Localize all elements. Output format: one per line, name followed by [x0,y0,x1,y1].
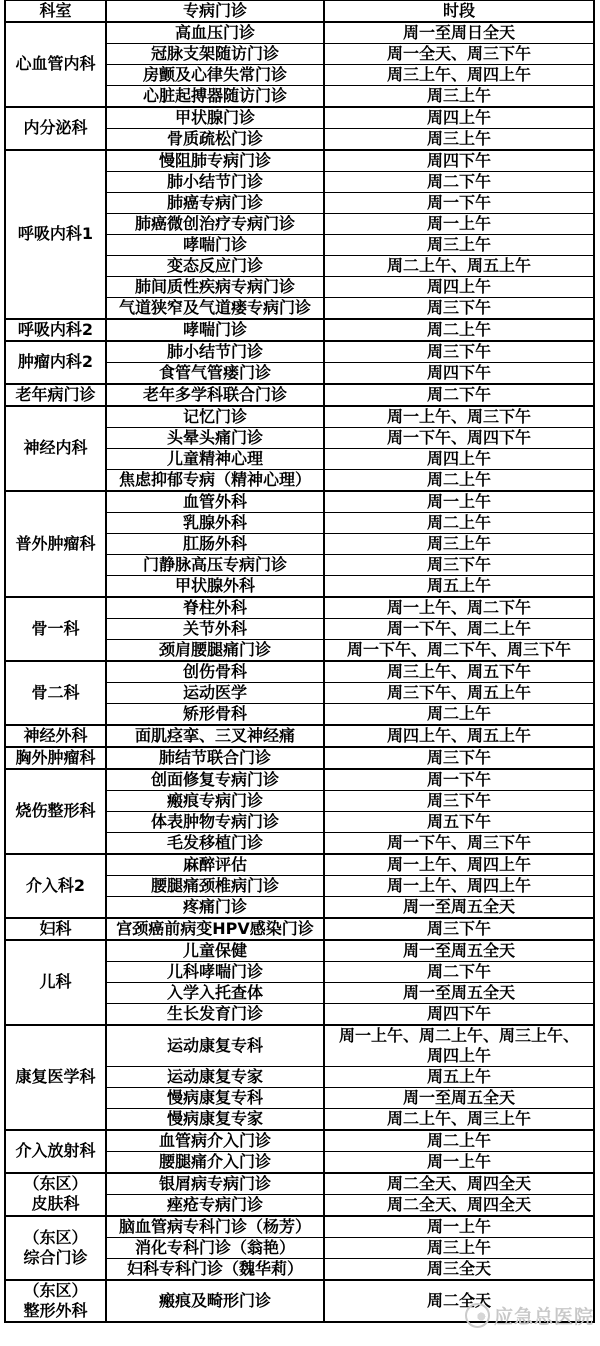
clinic-cell: 肺小结节门诊 [106,171,324,192]
table-row: 介入放射科血管病介入门诊周二上午 [5,1130,594,1152]
clinic-cell: 哮喘门诊 [106,319,324,341]
time-cell: 周一至周五全天 [324,896,594,918]
clinic-cell: 记忆门诊 [106,406,324,428]
header-clinic: 专病门诊 [106,0,324,22]
time-cell: 周一下午 [324,769,594,791]
time-cell: 周一下午、周二上午 [324,618,594,639]
clinic-cell: 宫颈癌前病变HPV感染门诊 [106,918,324,940]
clinic-cell: 消化专科门诊（翁艳） [106,1237,324,1258]
time-cell: 周三下午 [324,297,594,319]
clinic-cell: 矫形骨科 [106,703,324,725]
table-row: 烧伤整形科创面修复专病门诊周一下午 [5,769,594,791]
clinic-cell: 血管外科 [106,491,324,513]
clinic-cell: 关节外科 [106,618,324,639]
department-cell: （东区） 皮肤科 [5,1173,106,1216]
clinic-cell: 慢病康复专科 [106,1087,324,1108]
department-cell: 肿瘤内科2 [5,341,106,384]
time-cell: 周一至周五全天 [324,982,594,1003]
clinic-cell: 入学入托查体 [106,982,324,1003]
time-cell: 周四上午、周五上午 [324,725,594,747]
department-cell: 老年病门诊 [5,384,106,406]
time-cell: 周四上午 [324,107,594,129]
clinic-cell: 面肌痉挛、三叉神经痛 [106,725,324,747]
clinic-cell: 肺小结节门诊 [106,341,324,363]
table-row: 呼吸内科1慢阻肺专病门诊周四下午 [5,150,594,172]
department-cell: 介入科2 [5,854,106,918]
clinic-cell: 血管病介入门诊 [106,1130,324,1152]
time-cell: 周三下午 [324,747,594,769]
hospital-watermark: 应急总医院 [465,1302,594,1329]
department-cell: 普外肿瘤科 [5,491,106,597]
clinic-cell: 乳腺外科 [106,512,324,533]
header-row: 科室 专病门诊 时段 [5,0,594,22]
clinic-cell: 肺癌专病门诊 [106,192,324,213]
department-cell: 烧伤整形科 [5,769,106,854]
clinic-cell: 运动医学 [106,682,324,703]
department-cell: 骨二科 [5,661,106,725]
clinic-cell: 脊柱外科 [106,597,324,619]
time-cell: 周三下午、周五上午 [324,682,594,703]
clinic-cell: 创面修复专病门诊 [106,769,324,791]
table-row: 胸外肿瘤科肺结节联合门诊周三下午 [5,747,594,769]
time-cell: 周一上午、周三下午 [324,406,594,428]
time-cell: 周一上午、周二下午 [324,597,594,619]
table-row: 骨二科创伤骨科周三上午、周五下午 [5,661,594,683]
table-row: 介入科2麻醉评估周一上午、周四上午 [5,854,594,876]
time-cell: 周三下午 [324,341,594,363]
department-cell: 胸外肿瘤科 [5,747,106,769]
table-row: 老年病门诊老年多学科联合门诊周二下午 [5,384,594,406]
table-row: （东区） 综合门诊脑血管病专科门诊（杨芳）周一上午 [5,1216,594,1238]
clinic-schedule: 科室 专病门诊 时段 心血管内科高血压门诊周一至周日全天冠脉支架随访门诊周一全天… [4,0,595,1323]
time-cell: 周三下午 [324,554,594,575]
department-cell: 神经外科 [5,725,106,747]
time-cell: 周一下午、周四下午 [324,427,594,448]
clinic-cell: 儿童保健 [106,940,324,962]
time-cell: 周一下午、周三下午 [324,832,594,854]
time-cell: 周一上午、周四上午 [324,854,594,876]
clinic-cell: 哮喘门诊 [106,234,324,255]
time-cell: 周一上午 [324,1151,594,1173]
time-cell: 周一至周五全天 [324,940,594,962]
time-cell: 周二上午 [324,512,594,533]
clinic-cell: 毛发移植门诊 [106,832,324,854]
time-cell: 周五上午 [324,1066,594,1087]
hospital-watermark-label: 应急总医院 [494,1302,594,1329]
time-cell: 周一下午、周二下午、周三下午 [324,639,594,661]
clinic-cell: 食管气管瘘门诊 [106,362,324,384]
table-row: 康复医学科运动康复专科周一上午、周二上午、周三上午、 周四上午 [5,1025,594,1067]
time-cell: 周一至周日全天 [324,22,594,44]
clinic-cell: 儿科哮喘门诊 [106,961,324,982]
time-cell: 周三上午 [324,85,594,107]
table-row: 儿科儿童保健周一至周五全天 [5,940,594,962]
time-cell: 周二下午 [324,961,594,982]
department-cell: 神经内科 [5,406,106,491]
time-cell: 周四上午 [324,448,594,469]
department-cell: 呼吸内科2 [5,319,106,341]
time-cell: 周三下午 [324,790,594,811]
time-cell: 周四上午 [324,276,594,297]
time-cell: 周四下午 [324,150,594,172]
clinic-cell: 颈肩腰腿痛门诊 [106,639,324,661]
table-row: 内分泌科甲状腺门诊周四上午 [5,107,594,129]
header-time: 时段 [324,0,594,22]
table-row: 骨一科脊柱外科周一上午、周二下午 [5,597,594,619]
clinic-cell: 门静脉高压专病门诊 [106,554,324,575]
time-cell: 周二上午 [324,319,594,341]
clinic-cell: 焦虑抑郁专病（精神心理） [106,469,324,491]
time-cell: 周一全天、周三下午 [324,43,594,64]
table-row: 肿瘤内科2肺小结节门诊周三下午 [5,341,594,363]
table-row: 神经内科记忆门诊周一上午、周三下午 [5,406,594,428]
clinic-cell: 肺结节联合门诊 [106,747,324,769]
time-cell: 周三上午、周五下午 [324,661,594,683]
schedule-table: 科室 专病门诊 时段 心血管内科高血压门诊周一至周日全天冠脉支架随访门诊周一全天… [4,0,595,1323]
time-cell: 周三上午 [324,533,594,554]
department-cell: 康复医学科 [5,1025,106,1130]
clinic-cell: 冠脉支架随访门诊 [106,43,324,64]
time-cell: 周二上午、周五上午 [324,255,594,276]
department-cell: （东区） 综合门诊 [5,1216,106,1280]
time-cell: 周三全天 [324,1258,594,1280]
hospital-logo-icon [465,1303,490,1328]
clinic-cell: 脑血管病专科门诊（杨芳） [106,1216,324,1238]
department-cell: 骨一科 [5,597,106,661]
department-cell: 介入放射科 [5,1130,106,1173]
time-cell: 周三上午 [324,128,594,150]
clinic-cell: 儿童精神心理 [106,448,324,469]
clinic-cell: 生长发育门诊 [106,1003,324,1025]
time-cell: 周五下午 [324,811,594,832]
clinic-cell: 创伤骨科 [106,661,324,683]
clinic-cell: 气道狭窄及气道瘘专病门诊 [106,297,324,319]
department-cell: 儿科 [5,940,106,1025]
clinic-cell: 腰腿痛介入门诊 [106,1151,324,1173]
time-cell: 周四下午 [324,362,594,384]
time-cell: 周一上午 [324,491,594,513]
clinic-cell: 银屑病专病门诊 [106,1173,324,1195]
time-cell: 周二上午、周三上午 [324,1108,594,1130]
time-cell: 周一上午 [324,1216,594,1238]
time-cell: 周二下午 [324,171,594,192]
clinic-cell: 运动康复专科 [106,1025,324,1067]
schedule-body: 心血管内科高血压门诊周一至周日全天冠脉支架随访门诊周一全天、周三下午房颤及心律失… [5,22,594,1322]
time-cell: 周二全天、周四全天 [324,1194,594,1216]
time-cell: 周一至周五全天 [324,1087,594,1108]
time-cell: 周一上午 [324,213,594,234]
clinic-cell: 骨质疏松门诊 [106,128,324,150]
time-cell: 周一下午 [324,192,594,213]
clinic-cell: 肛肠外科 [106,533,324,554]
department-cell: 妇科 [5,918,106,940]
time-cell: 周一上午、周四上午 [324,875,594,896]
clinic-cell: 运动康复专家 [106,1066,324,1087]
table-row: 神经外科面肌痉挛、三叉神经痛周四上午、周五上午 [5,725,594,747]
clinic-cell: 瘢痕及畸形门诊 [106,1280,324,1322]
clinic-cell: 痤疮专病门诊 [106,1194,324,1216]
department-cell: 内分泌科 [5,107,106,150]
time-cell: 周五上午 [324,575,594,597]
department-cell: （东区） 整形外科 [5,1280,106,1322]
department-cell: 心血管内科 [5,22,106,107]
clinic-cell: 甲状腺外科 [106,575,324,597]
clinic-cell: 瘢痕专病门诊 [106,790,324,811]
department-cell: 呼吸内科1 [5,150,106,319]
time-cell: 周二全天、周四全天 [324,1173,594,1195]
time-cell: 周二上午 [324,703,594,725]
time-cell: 周三上午、周四上午 [324,64,594,85]
header-department: 科室 [5,0,106,22]
clinic-cell: 麻醉评估 [106,854,324,876]
time-cell: 周三上午 [324,234,594,255]
clinic-cell: 头晕头痛门诊 [106,427,324,448]
clinic-cell: 变态反应门诊 [106,255,324,276]
time-cell: 周二上午 [324,469,594,491]
time-cell: 周一上午、周二上午、周三上午、 周四上午 [324,1025,594,1067]
time-cell: 周二下午 [324,384,594,406]
time-cell: 周三上午 [324,1237,594,1258]
clinic-cell: 肺癌微创治疗专病门诊 [106,213,324,234]
table-row: 心血管内科高血压门诊周一至周日全天 [5,22,594,44]
clinic-cell: 高血压门诊 [106,22,324,44]
time-cell: 周三下午 [324,918,594,940]
clinic-cell: 体表肿物专病门诊 [106,811,324,832]
time-cell: 周四下午 [324,1003,594,1025]
clinic-cell: 房颤及心律失常门诊 [106,64,324,85]
clinic-cell: 心脏起搏器随访门诊 [106,85,324,107]
clinic-cell: 疼痛门诊 [106,896,324,918]
table-row: 普外肿瘤科血管外科周一上午 [5,491,594,513]
clinic-cell: 肺间质性疾病专病门诊 [106,276,324,297]
clinic-cell: 甲状腺门诊 [106,107,324,129]
time-cell: 周二上午 [324,1130,594,1152]
clinic-cell: 老年多学科联合门诊 [106,384,324,406]
clinic-cell: 腰腿痛颈椎病门诊 [106,875,324,896]
table-row: （东区） 皮肤科银屑病专病门诊周二全天、周四全天 [5,1173,594,1195]
table-row: 妇科宫颈癌前病变HPV感染门诊周三下午 [5,918,594,940]
clinic-cell: 慢病康复专家 [106,1108,324,1130]
clinic-cell: 慢阻肺专病门诊 [106,150,324,172]
table-row: 呼吸内科2哮喘门诊周二上午 [5,319,594,341]
clinic-cell: 妇科专科门诊（魏华莉） [106,1258,324,1280]
